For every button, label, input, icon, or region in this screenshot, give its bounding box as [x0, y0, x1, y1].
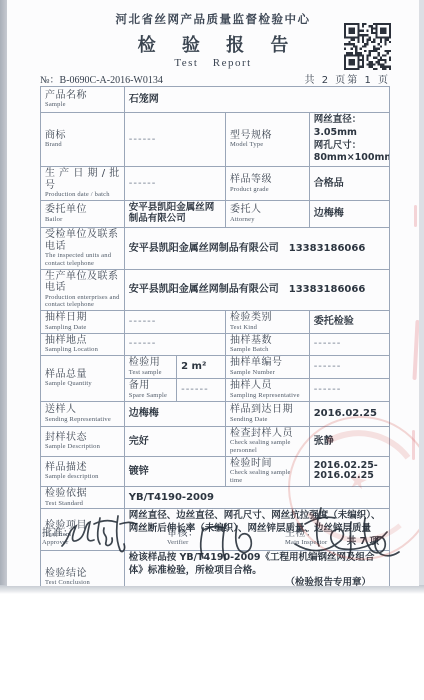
table-row: 商标Brand ------ 型号规格Model Type 网丝直径：3.05m…	[41, 113, 390, 167]
stamp-note: （检验报告专用章）	[129, 577, 385, 586]
sending-rep-value: 边梅梅	[124, 401, 225, 426]
red-ink-smudge	[414, 205, 417, 227]
qr-code-icon	[344, 23, 391, 70]
row-label: 检验时间Check sealing sample time	[225, 456, 309, 486]
table-row: 抽样地点Sampling Location ------ 抽样基数Sample …	[41, 333, 390, 355]
sampling-location-value: ------	[124, 333, 225, 355]
row-label: 抽样人员Sampling Representative	[225, 378, 309, 401]
row-label: 样品总量Sample Quantity	[41, 355, 125, 401]
sample-value: 石笼网	[124, 87, 389, 113]
row-label: 样品到达日期Sending Date	[225, 401, 309, 426]
test-sample-value: 2 m²	[177, 355, 226, 378]
row-label: 检验类别Test Kind	[225, 311, 309, 333]
spare-sample-value: ------	[177, 378, 226, 401]
test-kind-value: 委托检验	[309, 311, 389, 333]
sample-number-value: ------	[309, 355, 389, 378]
signature-row: 批准： Approver 审核： Verifier	[42, 524, 402, 547]
row-label: 样品等级Product grade	[225, 167, 309, 201]
row-label: 送样人Sending Representative	[41, 401, 125, 426]
row-label: 生 产 日 期 / 批 号Production date / batch	[41, 167, 125, 201]
row-label: 样品描述Sample description	[41, 456, 125, 486]
table-row: 委托单位Bailor 安平县凯阳金属丝网制品有限公司 委托人Attorney 边…	[41, 201, 390, 228]
row-label: 检查封样人员Check sealing sample personnel	[225, 426, 309, 456]
sample-batch-value: ------	[309, 333, 389, 355]
product-grade-value: 合格品	[309, 167, 389, 201]
table-row: 送样人Sending Representative 边梅梅 样品到达日期Send…	[41, 401, 390, 426]
table-row: 样品描述Sample description 镀锌 检验时间Check seal…	[41, 456, 390, 486]
row-label: 备用Spare Sample	[124, 378, 176, 401]
table-row: 抽样日期Sampling Date ------ 检验类别Test Kind 委…	[41, 311, 390, 333]
row-label: 受检单位及联系电话The inspected units and contact…	[41, 228, 125, 270]
brand-value: ------	[124, 113, 225, 167]
inspected-unit-value: 安平县凯阳金属丝网制品有限公司 13383186066	[124, 228, 389, 270]
red-ink-smudge	[412, 430, 415, 460]
row-label: 委托人Attorney	[225, 201, 309, 228]
page-count: 共 2 页第 1 页	[305, 71, 390, 86]
scanner-edge-left	[0, 0, 7, 593]
verifier-signature	[195, 514, 271, 566]
attorney-value: 边梅梅	[309, 201, 389, 228]
production-unit-value: 安平县凯阳金属丝网制品有限公司 13383186066	[124, 269, 389, 311]
row-label: 抽样日期Sampling Date	[41, 311, 125, 333]
row-label: 检验依据Test Standard	[41, 487, 125, 509]
row-label: 抽样单编号Sample Number	[225, 355, 309, 378]
table-row: 产品名称Sample 石笼网	[41, 87, 390, 113]
scanned-report-page: 河北省丝网产品质量监督检验中心 检 验 报 告 Test Report №：B-…	[7, 0, 419, 586]
approver-block: 批准： Approver	[42, 524, 167, 547]
row-label: 封样状态Sample Description	[41, 426, 125, 456]
production-date-value: ------	[124, 167, 225, 201]
table-row: 封样状态Sample Description 完好 检查封样人员Check se…	[41, 426, 390, 456]
row-label: 型号规格Model Type	[225, 113, 309, 167]
table-row: 样品总量Sample Quantity 检验用Test sample 2 m² …	[41, 355, 390, 378]
row-label: 商标Brand	[41, 113, 125, 167]
test-time-value: 2016.02.25-2016.02.25	[309, 456, 389, 486]
inspector-signature	[291, 502, 403, 568]
red-ink-smudge	[412, 320, 419, 380]
bailor-value: 安平县凯阳金属丝网制品有限公司	[124, 201, 225, 228]
row-label: 生产单位及联系电话Production enterprises and cont…	[41, 269, 125, 311]
table-row: 受检单位及联系电话The inspected units and contact…	[41, 228, 390, 270]
model-type-value: 网丝直径：3.05mm网孔尺寸：80mm×100mm	[309, 113, 389, 167]
row-label: 抽样基数Sample Batch	[225, 333, 309, 355]
verifier-block: 审核： Verifier	[167, 524, 285, 547]
sampling-date-value: ------	[124, 311, 225, 333]
report-meta-row: №：B-0690C-A-2016-W0134 共 2 页第 1 页	[40, 71, 390, 86]
table-row: 生 产 日 期 / 批 号Production date / batch ---…	[41, 167, 390, 201]
arrival-date-value: 2016.02.25	[309, 401, 389, 426]
seal-checker-value: 张静	[309, 426, 389, 456]
row-label: 抽样地点Sampling Location	[41, 333, 125, 355]
report-number: №：B-0690C-A-2016-W0134	[40, 71, 163, 86]
seal-status-value: 完好	[124, 426, 225, 456]
row-label: 委托单位Bailor	[41, 201, 125, 228]
paper-bottom-shadow	[0, 585, 424, 594]
scanner-edge-right	[419, 0, 424, 590]
table-row: 生产单位及联系电话Production enterprises and cont…	[41, 269, 390, 311]
sampling-rep-value: ------	[309, 378, 389, 401]
row-label: 检验用Test sample	[124, 355, 176, 378]
inspector-block: 主检： Main Inspector	[285, 524, 402, 547]
approver-signature	[60, 510, 148, 560]
sample-desc-value: 镀锌	[124, 456, 225, 486]
row-label: 产品名称Sample	[41, 87, 125, 113]
